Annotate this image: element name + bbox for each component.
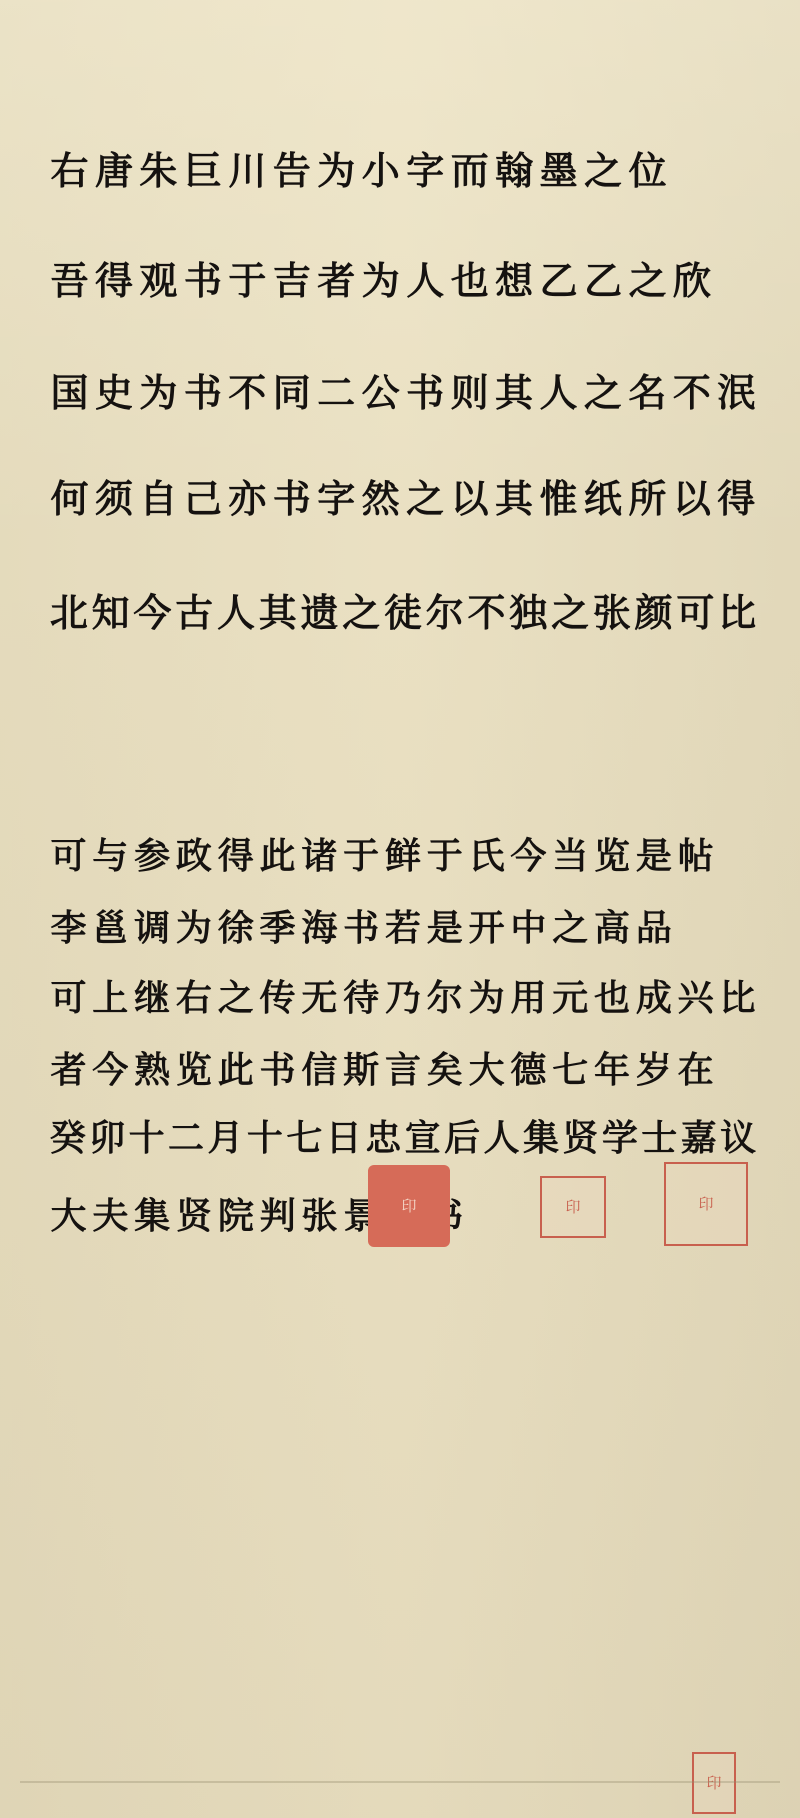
calligraphy-character: 于: [226, 250, 269, 305]
calligraphy-row: 者今熟览此书信斯言矣大德七年岁在: [48, 1042, 716, 1093]
calligraphy-character: 泯: [715, 362, 758, 417]
calligraphy-character: 七: [285, 1110, 324, 1161]
calligraphy-character: 贤: [561, 1110, 600, 1161]
calligraphy-character: 右: [173, 970, 214, 1021]
calligraphy-character: 者: [48, 1042, 89, 1093]
calligraphy-character: 为: [466, 970, 507, 1021]
calligraphy-character: 翰: [493, 140, 536, 195]
calligraphy-character: 张: [299, 1188, 340, 1239]
calligraphy-character: 忠: [364, 1110, 403, 1161]
calligraphy-character: 不: [226, 362, 269, 417]
calligraphy-character: 熟: [132, 1042, 173, 1093]
calligraphy-character: 今: [90, 1042, 131, 1093]
calligraphy-character: 今: [508, 828, 549, 879]
calligraphy-character: 宣: [403, 1110, 442, 1161]
calligraphy-character: 位: [626, 140, 669, 195]
seal-glyph: 印: [401, 1198, 416, 1215]
calligraphy-character: 唐: [92, 140, 135, 195]
calligraphy-character: 比: [716, 582, 758, 637]
calligraphy-character: 亦: [226, 468, 269, 523]
calligraphy-character: 今: [132, 582, 174, 637]
calligraphy-character: 于: [424, 828, 465, 879]
calligraphy-character: 右: [48, 140, 91, 195]
calligraphy-character: 同: [270, 362, 313, 417]
calligraphy-character: 欣: [671, 250, 714, 305]
calligraphy-character: 书: [181, 250, 224, 305]
calligraphy-character: 公: [359, 362, 402, 417]
calligraphy-character: 何: [48, 468, 91, 523]
calligraphy-character: 名: [626, 362, 669, 417]
calligraphy-row: 右唐朱巨川告为小字而翰墨之位: [48, 140, 669, 195]
calligraphy-character: 学: [600, 1110, 639, 1161]
calligraphy-character: 待: [341, 970, 382, 1021]
calligraphy-character: 书: [404, 362, 447, 417]
calligraphy-character: 人: [482, 1110, 521, 1161]
calligraphy-character: 海: [299, 900, 340, 951]
calligraphy-character: 为: [137, 362, 180, 417]
calligraphy-character: 不: [466, 582, 508, 637]
calligraphy-character: 用: [508, 970, 549, 1021]
calligraphy-character: 中: [508, 900, 549, 951]
calligraphy-character: 徐: [215, 900, 256, 951]
calligraphy-character: 墨: [537, 140, 580, 195]
calligraphy-character: 邕: [90, 900, 131, 951]
calligraphy-character: 书: [341, 900, 382, 951]
calligraphy-character: 其: [257, 582, 299, 637]
calligraphy-character: 比: [717, 970, 758, 1021]
calligraphy-row: 何须自己亦书字然之以其惟纸所以得: [48, 468, 758, 523]
calligraphy-row: 可上继右之传无待乃尔为用元也成兴比: [48, 970, 758, 1021]
calligraphy-character: 纸: [581, 468, 624, 523]
calligraphy-character: 卯: [87, 1110, 126, 1161]
calligraphy-row: 李邕调为徐季海书若是开中之高品: [48, 900, 674, 951]
calligraphy-character: 政: [173, 828, 214, 879]
calligraphy-character: 史: [92, 362, 135, 417]
calligraphy-character: 高: [592, 900, 633, 951]
calligraphy-character: 独: [507, 582, 549, 637]
calligraphy-character: 矣: [424, 1042, 465, 1093]
seal-signature: 印: [368, 1165, 450, 1247]
calligraphy-character: 之: [404, 468, 447, 523]
calligraphy-character: 德: [508, 1042, 549, 1093]
calligraphy-character: 乙: [582, 250, 625, 305]
calligraphy-character: 观: [137, 250, 180, 305]
calligraphy-character: 人: [537, 362, 580, 417]
calligraphy-character: 川: [226, 140, 269, 195]
calligraphy-character: 此: [215, 1042, 256, 1093]
calligraphy-character: 惟: [537, 468, 580, 523]
calligraphy-character: 判: [257, 1188, 298, 1239]
calligraphy-character: 览: [173, 1042, 214, 1093]
calligraphy-character: 可: [674, 582, 716, 637]
calligraphy-character: 在: [675, 1042, 716, 1093]
calligraphy-character: 继: [132, 970, 173, 1021]
calligraphy-character: 议: [718, 1110, 757, 1161]
calligraphy-character: 贤: [174, 1188, 215, 1239]
calligraphy-character: 开: [466, 900, 507, 951]
calligraphy-character: 二: [315, 362, 358, 417]
calligraphy-character: 张: [591, 582, 633, 637]
calligraphy-character: 传: [257, 970, 298, 1021]
calligraphy-character: 尔: [424, 970, 465, 1021]
calligraphy-character: 大: [466, 1042, 507, 1093]
calligraphy-character: 之: [549, 582, 591, 637]
calligraphy-character: 是: [424, 900, 465, 951]
calligraphy-character: 朱: [137, 140, 180, 195]
calligraphy-character: 然: [359, 468, 402, 523]
calligraphy-character: 兴: [675, 970, 716, 1021]
calligraphy-character: 得: [715, 468, 758, 523]
calligraphy-character: 参: [132, 828, 173, 879]
calligraphy-character: 是: [633, 828, 674, 879]
calligraphy-character: 己: [181, 468, 224, 523]
calligraphy-character: 品: [633, 900, 674, 951]
calligraphy-character: 年: [592, 1042, 633, 1093]
calligraphy-character: 以: [448, 468, 491, 523]
calligraphy-character: 元: [550, 970, 591, 1021]
mounting-seam: [20, 1781, 780, 1783]
calligraphy-character: 不: [670, 362, 713, 417]
calligraphy-character: 之: [215, 970, 256, 1021]
seal-large-square: 印: [664, 1162, 748, 1246]
calligraphy-character: 其: [493, 362, 536, 417]
seal-glyph: 印: [706, 1775, 721, 1792]
calligraphy-character: 月: [206, 1110, 245, 1161]
calligraphy-character: 也: [592, 970, 633, 1021]
calligraphy-character: 遗: [299, 582, 341, 637]
calligraphy-character: 于: [341, 828, 382, 879]
calligraphy-character: 吾: [48, 250, 91, 305]
seal-bottom-corner: 印: [692, 1752, 736, 1814]
calligraphy-character: 可: [48, 970, 89, 1021]
calligraphy-character: 当: [550, 828, 591, 879]
calligraphy-character: 者: [315, 250, 358, 305]
calligraphy-row: 可与参政得此诸于鲜于氏今当览是帖: [48, 828, 716, 879]
calligraphy-character: 古: [173, 582, 215, 637]
calligraphy-character: 览: [592, 828, 633, 879]
calligraphy-character: 尔: [424, 582, 466, 637]
calligraphy-character: 诸: [299, 828, 340, 879]
calligraphy-character: 知: [90, 582, 132, 637]
calligraphy-character: 可: [48, 828, 89, 879]
calligraphy-row: 癸卯十二月十七日忠宣后人集贤学士嘉议: [48, 1110, 758, 1161]
calligraphy-character: 上: [90, 970, 131, 1021]
calligraphy-character: 其: [493, 468, 536, 523]
calligraphy-character: 此: [257, 828, 298, 879]
calligraphy-character: 徒: [382, 582, 424, 637]
calligraphy-character: 颜: [633, 582, 675, 637]
calligraphy-character: 得: [92, 250, 135, 305]
calligraphy-character: 以: [670, 468, 713, 523]
calligraphy-character: 与: [90, 828, 131, 879]
calligraphy-character: 癸: [48, 1110, 87, 1161]
calligraphy-character: 字: [315, 468, 358, 523]
calligraphy-character: 季: [257, 900, 298, 951]
calligraphy-character: 李: [48, 900, 89, 951]
calligraphy-row: 吾得观书于吉者为人也想乙乙之欣: [48, 250, 714, 305]
calligraphy-character: 鲜: [383, 828, 424, 879]
calligraphy-character: 书: [181, 362, 224, 417]
seal-small-square: 印: [540, 1176, 606, 1238]
calligraphy-character: 自: [137, 468, 180, 523]
calligraphy-character: 人: [404, 250, 447, 305]
calligraphy-character: 之: [626, 250, 669, 305]
calligraphy-character: 告: [270, 140, 313, 195]
calligraphy-character: 夫: [90, 1188, 131, 1239]
calligraphy-character: 则: [448, 362, 491, 417]
calligraphy-character: 七: [550, 1042, 591, 1093]
calligraphy-character: 书: [270, 468, 313, 523]
seal-glyph: 印: [565, 1199, 580, 1216]
calligraphy-character: 也: [448, 250, 491, 305]
calligraphy-character: 成: [633, 970, 674, 1021]
calligraphy-character: 乃: [383, 970, 424, 1021]
calligraphy-character: 无: [299, 970, 340, 1021]
calligraphy-character: 氏: [466, 828, 507, 879]
calligraphy-character: 巨: [181, 140, 224, 195]
calligraphy-character: 乙: [537, 250, 580, 305]
calligraphy-character: 言: [383, 1042, 424, 1093]
calligraphy-character: 须: [92, 468, 135, 523]
calligraphy-character: 小: [359, 140, 402, 195]
calligraphy-character: 集: [521, 1110, 560, 1161]
calligraphy-character: 调: [132, 900, 173, 951]
calligraphy-character: 所: [626, 468, 669, 523]
calligraphy-character: 字: [404, 140, 447, 195]
calligraphy-character: 北: [48, 582, 90, 637]
calligraphy-character: 得: [215, 828, 256, 879]
calligraphy-character: 十: [245, 1110, 284, 1161]
calligraphy-row: 北知今古人其遗之徒尔不独之张颜可比: [48, 582, 758, 637]
calligraphy-character: 信: [299, 1042, 340, 1093]
calligraphy-character: 之: [581, 362, 624, 417]
calligraphy-character: 院: [215, 1188, 256, 1239]
calligraphy-character: 之: [340, 582, 382, 637]
calligraphy-character: 吉: [270, 250, 313, 305]
calligraphy-character: 想: [493, 250, 536, 305]
seal-glyph: 印: [698, 1196, 713, 1213]
calligraphy-character: 人: [215, 582, 257, 637]
calligraphy-character: 斯: [341, 1042, 382, 1093]
calligraphy-character: 嘉: [679, 1110, 718, 1161]
calligraphy-character: 士: [640, 1110, 679, 1161]
calligraphy-character: 为: [359, 250, 402, 305]
calligraphy-character: 书: [257, 1042, 298, 1093]
calligraphy-character: 之: [550, 900, 591, 951]
calligraphy-character: 十: [127, 1110, 166, 1161]
calligraphy-character: 而: [448, 140, 491, 195]
calligraphy-character: 二: [166, 1110, 205, 1161]
calligraphy-character: 若: [383, 900, 424, 951]
calligraphy-character: 后: [442, 1110, 481, 1161]
calligraphy-row: 国史为书不同二公书则其人之名不泯: [48, 362, 758, 417]
calligraphy-character: 之: [582, 140, 625, 195]
calligraphy-character: 大: [48, 1188, 89, 1239]
calligraphy-character: 岁: [633, 1042, 674, 1093]
calligraphy-character: 日: [324, 1110, 363, 1161]
calligraphy-character: 集: [132, 1188, 173, 1239]
calligraphy-character: 为: [315, 140, 358, 195]
calligraphy-character: 为: [173, 900, 214, 951]
calligraphy-character: 帖: [675, 828, 716, 879]
calligraphy-character: 国: [48, 362, 91, 417]
